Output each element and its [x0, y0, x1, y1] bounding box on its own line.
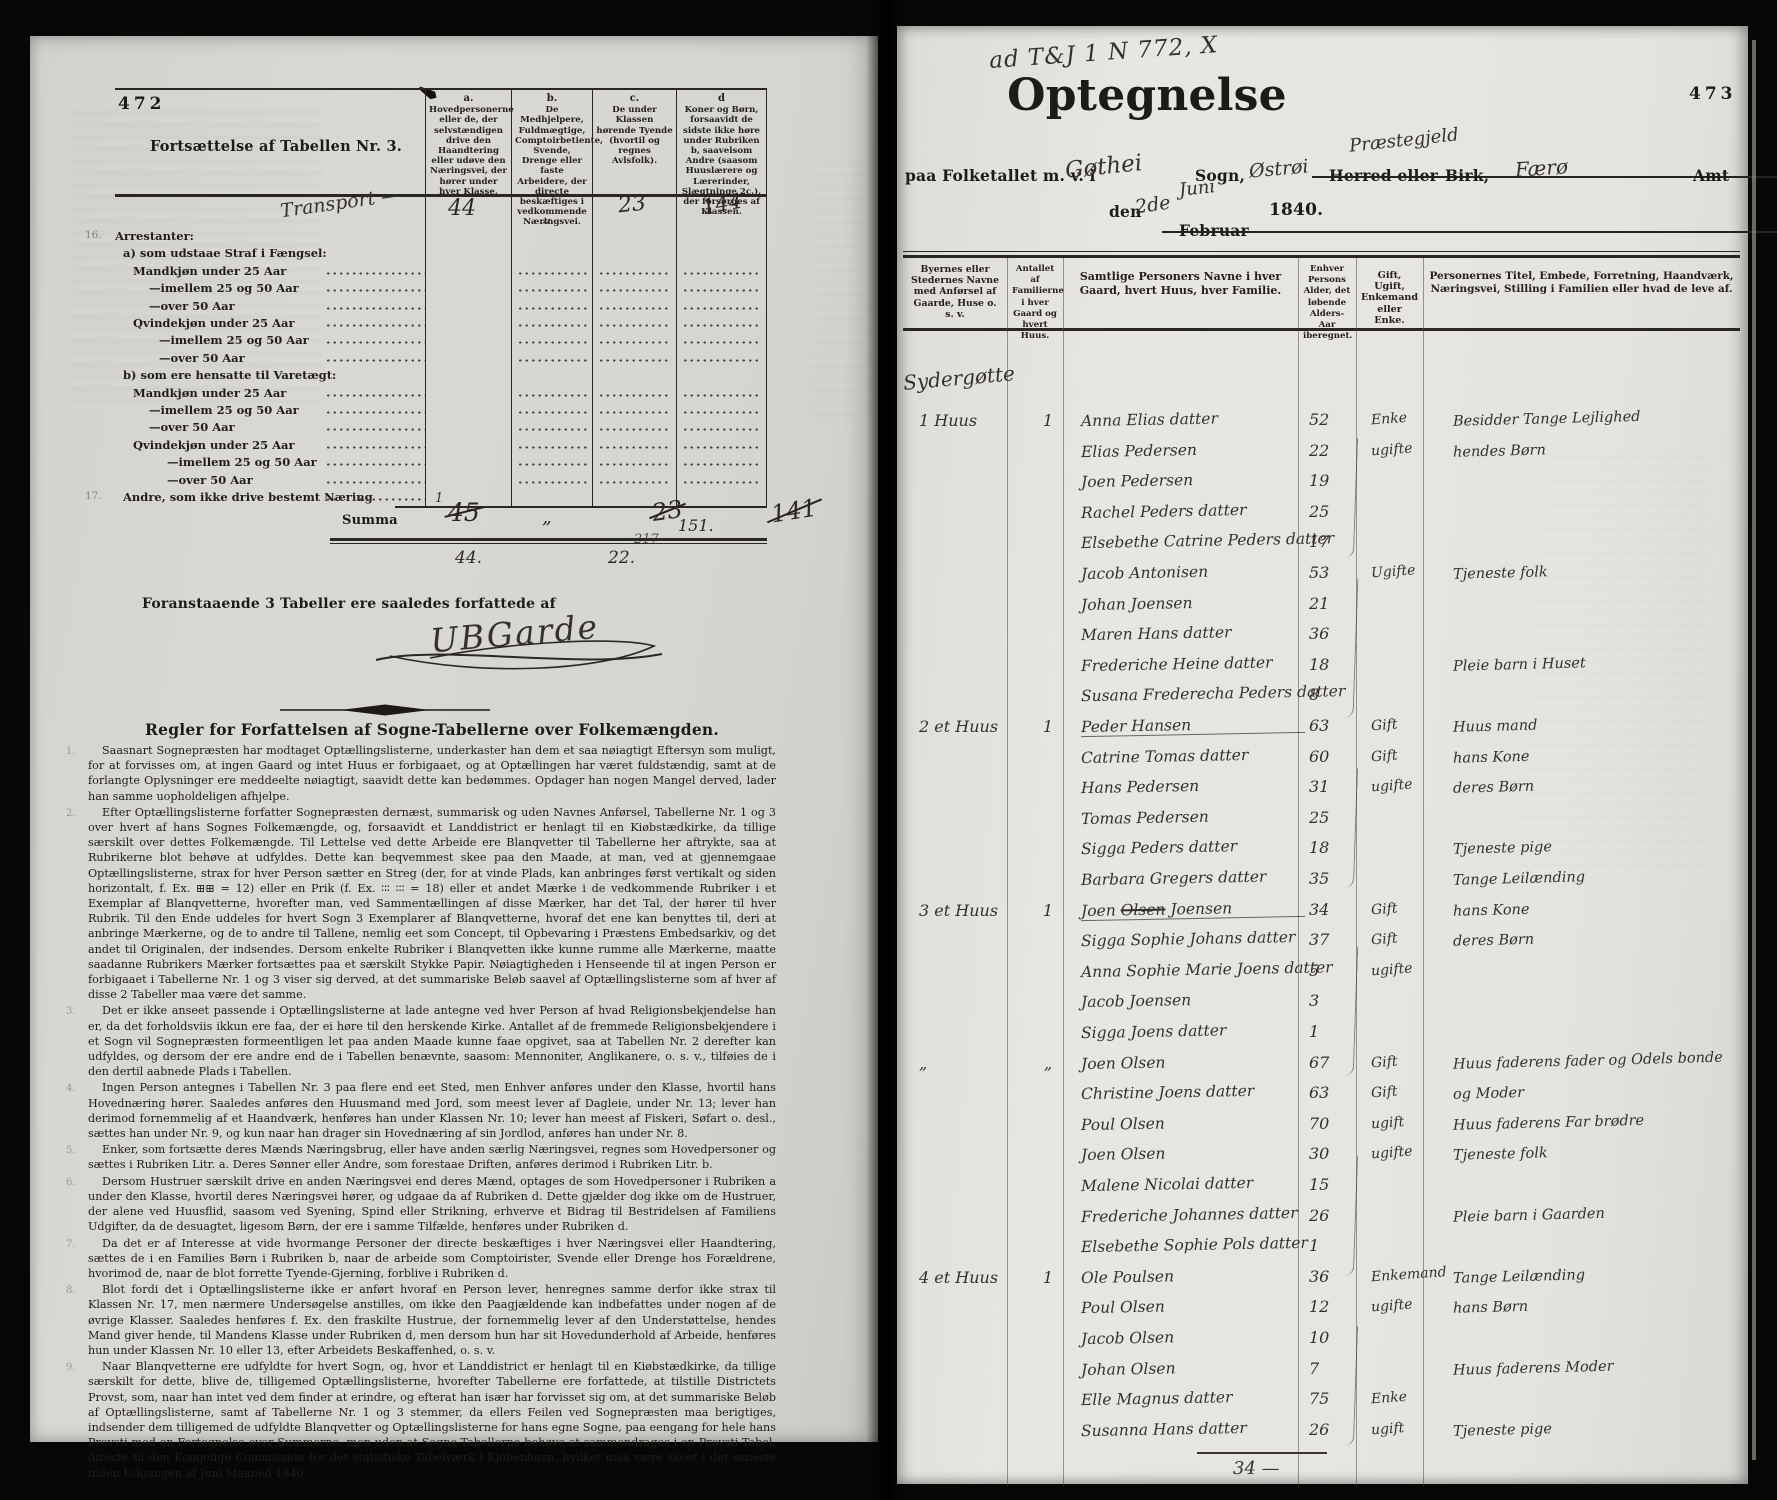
page-total: 34 —: [1233, 1458, 1280, 1479]
dotted-leader: [325, 289, 425, 292]
census-entry-row: Jacob Joensen 3: [905, 989, 1740, 1019]
row-label-text: over 50 Aar: [161, 420, 235, 434]
row-dash: —: [149, 420, 161, 434]
marital-status: Gift: [1371, 744, 1440, 765]
dotted-leader: [325, 481, 425, 484]
left-table-title: Fortsættelse af Tabellen Nr. 3.: [150, 138, 402, 155]
person-name-text: Elsebethe Catrine Peders datter: [1081, 530, 1334, 553]
rule-text: Naar Blanqvetterne ere udfyldte for hver…: [88, 1360, 776, 1479]
census-entry-row: 1 Huus 1 Anna Elias datter 52 Enke Besid…: [905, 408, 1740, 438]
dotted-leader: [325, 446, 425, 449]
cell-dots-b: [517, 428, 589, 431]
table-row: Mandkjøn under 25 Aar: [115, 263, 767, 281]
row-label-text: imellem 25 og 50 Aar: [179, 455, 317, 469]
margin-number: 17.: [85, 490, 102, 502]
person-name-text: Sigga Sophie Johans datter: [1081, 928, 1296, 950]
header-places: Byernes eller Stedernes Navne med Anførs…: [903, 260, 1007, 324]
cell-dots-d: [682, 463, 760, 466]
occupation-note: [1453, 467, 1741, 475]
census-entry-row: „ „ Joen Olsen 67 Gift Huus faderens fad…: [905, 1051, 1740, 1081]
person-name-text: Susanna Hans datter: [1081, 1419, 1247, 1440]
marital-status: Gift: [1371, 928, 1440, 949]
family-count: „: [1033, 1054, 1063, 1073]
row-label: —over 50 Aar: [115, 420, 235, 434]
rule-paragraph: 6. Dersom Hustruer særskilt drive en and…: [88, 1174, 776, 1235]
signature-flourish: [370, 632, 670, 678]
header-age: Enhver Persons Alder, det løbende Alders…: [1298, 260, 1356, 346]
person-name: Joen Olsen: [1081, 1050, 1305, 1072]
person-age: 52: [1309, 410, 1357, 429]
cell-dots-c: [598, 324, 670, 327]
column-header-b: b. De Medhjelpere, Fuldmægtige, Comptoir…: [512, 92, 592, 230]
person-name: Jacob Antonisen: [1081, 561, 1305, 583]
row-label-text: over 50 Aar: [171, 351, 245, 365]
cell-dots-c: [598, 411, 670, 414]
row-label-text: Arrestanter:: [115, 229, 194, 243]
person-name-text: Johan Olsen: [1081, 1359, 1176, 1379]
cell-dots-c: [598, 307, 670, 310]
scanned-document: 472 Fortsættelse af Tabellen Nr. 3. a. H…: [0, 0, 1777, 1500]
census-entry-row: Susanna Hans datter 26 ugift Tjeneste pi…: [905, 1418, 1740, 1448]
occupation-note: Tjeneste folk: [1453, 559, 1741, 583]
row-label-text: Andre, som ikke drive bestemt Næring: [123, 490, 373, 504]
occupation-note: [1453, 957, 1741, 965]
dotted-leader: [325, 394, 425, 397]
census-entry-row: Poul Olsen 12 ugifte hans Børn: [905, 1295, 1740, 1325]
marital-status: [1371, 499, 1439, 504]
census-entry-row: Sigga Peders datter 18 Tjeneste pige: [905, 836, 1740, 866]
rule-text: Det er ikke anseet passende i Optællings…: [88, 1004, 776, 1078]
cell-dots-b: [517, 324, 589, 327]
occupation-note: [1453, 498, 1741, 506]
rule-text: Da det er af Interesse at vide hvormange…: [88, 1237, 776, 1280]
archival-annotation: ad T&J 1 N 772, X: [988, 32, 1219, 74]
row-label-text: imellem 25 og 50 Aar: [161, 281, 299, 295]
person-name: Elle Magnus datter: [1081, 1387, 1305, 1409]
header-names: Samtlige Personers Navne i hver Gaard, h…: [1063, 266, 1298, 302]
house-label: „: [919, 1054, 927, 1073]
marital-status: [1371, 989, 1439, 994]
praestegjeld-handwritten: Præstegjeld: [1348, 124, 1459, 156]
occupation-note: hans Kone: [1453, 743, 1741, 767]
rule-number: 5.: [66, 1143, 76, 1158]
header-rule-top1: [903, 251, 1740, 252]
person-name-text: Elsebethe Sophie Pols datter: [1081, 1234, 1308, 1256]
occupation-note: [1453, 1324, 1741, 1332]
right-page: ad T&J 1 N 772, X 473 Optegnelse paa Fol…: [897, 26, 1748, 1484]
section-divider: [280, 704, 490, 716]
house-label: 3 et Huus: [919, 901, 998, 920]
cell-dots-b: [517, 411, 589, 414]
occupation-note: [1453, 1018, 1741, 1026]
rule-text: Saasnart Sognepræsten har modtaget Optæl…: [88, 744, 776, 803]
document-title: Optegnelse: [997, 70, 1297, 121]
header-rule-top2: [903, 255, 1740, 258]
person-name: Elias Pedersen: [1081, 438, 1305, 460]
cell-dots-d: [682, 394, 760, 397]
cell-dots-b: [517, 481, 589, 484]
census-entry-row: Malene Nicolai datter 15: [905, 1173, 1740, 1203]
person-name-text: Joen Pedersen: [1081, 471, 1193, 491]
census-entry-row: Jacob Olsen 10: [905, 1326, 1740, 1356]
family-count: 1: [1033, 717, 1063, 736]
census-entry-row: Barbara Gregers datter 35 Tange Leilændi…: [905, 867, 1740, 897]
dotted-leader: [325, 463, 425, 466]
census-entry-row: Christine Joens datter 63 Gift og Moder: [905, 1081, 1740, 1111]
row-label: —over 50 Aar: [115, 299, 235, 313]
cell-dots-b: [517, 394, 589, 397]
rule-paragraph: 2. Efter Optællingslisterne forfatter So…: [88, 805, 776, 1003]
person-age: 63: [1309, 1083, 1357, 1102]
census-entry-row: Elsebethe Sophie Pols datter 1: [905, 1234, 1740, 1264]
person-name: Sigga Sophie Johans datter: [1081, 928, 1305, 950]
table-border-top: [115, 88, 767, 90]
left-page: 472 Fortsættelse af Tabellen Nr. 3. a. H…: [30, 36, 878, 1442]
column-letter: d: [680, 94, 763, 104]
row-dash: —: [149, 299, 161, 313]
person-age: 63: [1309, 716, 1357, 735]
transport-value-b: „: [542, 204, 552, 226]
summa-label: Summa: [342, 513, 398, 528]
census-entry-row: Elsebethe Catrine Peders datter 17: [905, 530, 1740, 560]
occupation-note: Pleie barn i Huset: [1453, 651, 1741, 675]
person-name-text: Ole Poulsen: [1081, 1267, 1174, 1287]
marital-status: [1371, 1234, 1439, 1239]
date-month-struck: Februar: [1179, 221, 1777, 240]
row-label-text: Qvindekjøn under 25 Aar: [133, 438, 295, 452]
row-label: Arrestanter:: [115, 229, 194, 243]
rule-number: 4.: [66, 1081, 76, 1096]
census-entry-row: Hans Pedersen 31 ugifte deres Børn: [905, 775, 1740, 805]
census-entry-row: Joen Olsen 30 ugifte Tjeneste folk: [905, 1142, 1740, 1172]
right-page-number: 473: [1689, 84, 1737, 104]
occupation-note: Tange Leilænding: [1453, 1263, 1741, 1287]
cell-dots-c: [598, 359, 670, 362]
row-label: Mandkjøn under 25 Aar: [115, 264, 286, 278]
marital-status: ugifte: [1371, 1142, 1440, 1163]
marital-status: [1371, 1356, 1439, 1361]
person-name-text: Frederiche Johannes datter: [1081, 1204, 1298, 1226]
person-name-text: Joen: [1081, 901, 1121, 920]
column-text: Hovedpersonerne eller de, der selvstændi…: [429, 105, 514, 197]
marital-status: Gift: [1371, 714, 1440, 735]
total-rule: [1197, 1452, 1327, 1454]
person-name-text: Sigga Peders datter: [1081, 838, 1237, 859]
marital-status: ugift: [1371, 1111, 1440, 1132]
column-letter: b.: [515, 94, 589, 104]
marital-status: [1371, 530, 1439, 535]
column-letter: c.: [596, 94, 673, 104]
table-row: —over 50 Aar: [115, 419, 767, 437]
occupation-note: [1453, 1385, 1741, 1393]
census-entry-row: Jacob Antonisen 53 Ugifte Tjeneste folk: [905, 561, 1740, 591]
row-label-text: Qvindekjøn under 25 Aar: [133, 316, 295, 330]
marital-status: Gift: [1371, 1081, 1440, 1102]
person-name: Anna Elias datter: [1081, 408, 1305, 430]
rule-paragraph: 7. Da det er af Interesse at vide hvorma…: [88, 1236, 776, 1282]
rules-paragraphs: 1. Saasnart Sognepræsten har modtaget Op…: [88, 743, 776, 1482]
occupation-note: hans Kone: [1453, 896, 1741, 920]
header-occupation: Personernes Titel, Embede, Forretning, H…: [1423, 266, 1740, 300]
census-entry-row: Sigga Sophie Johans datter 37 Gift deres…: [905, 928, 1740, 958]
person-name: Barbara Gregers datter: [1081, 867, 1305, 889]
occupation-note: deres Børn: [1453, 926, 1741, 950]
occupation-note: Pleie barn i Gaarden: [1453, 1202, 1741, 1226]
marital-status: ugifte: [1371, 1295, 1440, 1316]
column-header-c: c. De under Klassen hørende Tyende (hvor…: [593, 92, 676, 168]
row-dash: —: [167, 473, 179, 487]
rule-text: Enker, som fortsætte deres Mænds Nærings…: [88, 1143, 776, 1171]
column-header-a: a. Hovedpersonerne eller de, der selvstæ…: [426, 92, 511, 199]
dotted-leader: [325, 272, 425, 275]
table-row: Qvindekjøn under 25 Aar: [115, 437, 767, 455]
cell-dots-d: [682, 411, 760, 414]
column-text: De Medhjelpere, Fuldmægtige, Comptoirbet…: [515, 105, 603, 227]
table-row: Qvindekjøn under 25 Aar: [115, 315, 767, 333]
cell-dots-b: [517, 272, 589, 275]
bleed-through-text: [810, 156, 870, 416]
dotted-leader: [325, 324, 425, 327]
dotted-leader: [325, 307, 425, 310]
cell-dots-b: [517, 341, 589, 344]
row-dash: —: [159, 333, 171, 347]
date-day-handwritten: 2de: [1134, 192, 1172, 219]
occupation-note: og Moder: [1453, 1079, 1741, 1103]
marital-status: [1371, 836, 1439, 841]
person-name-text: Peder Hansen: [1081, 716, 1192, 736]
census-entry-row: Poul Olsen 70 ugift Huus faderens Far br…: [905, 1112, 1740, 1142]
row-label-text: imellem 25 og 50 Aar: [161, 403, 299, 417]
cell-dots-d: [682, 446, 760, 449]
page-edge-highlight: [1752, 40, 1756, 1460]
person-name-text: Anna Sophie Marie Joens datter: [1081, 958, 1333, 981]
rule-text: Ingen Person antegnes i Tabellen Nr. 3 p…: [88, 1081, 776, 1140]
marital-status: [1371, 867, 1439, 872]
marital-status: ugifte: [1371, 775, 1440, 796]
occupation-note: Huus mand: [1453, 712, 1741, 736]
cell-dots-d: [682, 307, 760, 310]
cell-dots-b: [517, 446, 589, 449]
rule-number: 8.: [66, 1283, 76, 1298]
table-row: b) som ere hensatte til Varetægt:: [115, 367, 767, 385]
person-name: Sigga Peders datter: [1081, 836, 1305, 858]
rule-number: 2.: [66, 806, 76, 821]
row-label: a) som udstaae Straf i Fængsel:: [115, 246, 327, 260]
marital-status: ugifte: [1371, 958, 1440, 979]
table-row: —over 50 Aar: [115, 298, 767, 316]
table-row: —imellem 25 og 50 Aar: [115, 454, 767, 472]
occupation-note: [1453, 988, 1741, 996]
left-table-rows: 16. Arrestanter: a) som udstaae Straf i …: [115, 228, 767, 508]
person-name-text: Sigga Joens datter: [1081, 1021, 1227, 1042]
occupation-note: Tjeneste pige: [1453, 835, 1741, 859]
census-entry-row: Frederiche Johannes datter 26 Pleie barn…: [905, 1204, 1740, 1234]
date-year: 1840.: [1269, 200, 1323, 220]
census-entry-row: Johan Olsen 7 Huus faderens Moder: [905, 1357, 1740, 1387]
rule-text: Blot fordi det i Optællingslisterne ikke…: [88, 1283, 776, 1357]
cell-dots-d: [682, 428, 760, 431]
rule-text: Dersom Hustruer særskilt drive en anden …: [88, 1175, 776, 1234]
margin-number: 16.: [85, 229, 102, 241]
person-name-text: Poul Olsen: [1081, 1298, 1165, 1318]
row-label-text: over 50 Aar: [179, 473, 253, 487]
cell-dots-d: [682, 272, 760, 275]
table-border-bottom: [330, 538, 767, 541]
census-entry-row: Susana Frederecha Peders datter 8: [905, 683, 1740, 713]
occupation-note: [1453, 590, 1741, 598]
occupation-note: [1453, 1232, 1741, 1240]
rule-paragraph: 9. Naar Blanqvetterne ere udfyldte for h…: [88, 1359, 776, 1481]
row-label-text: b) som ere hensatte til Varetægt:: [123, 368, 336, 382]
occupation-note: deres Børn: [1453, 773, 1741, 797]
row-label: Andre, som ikke drive bestemt Næring: [115, 490, 373, 504]
row-dash: —: [149, 281, 161, 295]
person-name-text: Susana Frederecha Peders datter: [1081, 682, 1346, 705]
cell-dots-d: [682, 341, 760, 344]
person-name-struck: Olsen: [1120, 900, 1165, 919]
person-name: Johan Olsen: [1081, 1356, 1305, 1378]
row-dash: —: [167, 455, 179, 469]
marital-status: [1371, 805, 1439, 810]
occupation-note: [1453, 1171, 1741, 1179]
census-entry-row: Anna Sophie Marie Joens datter 5 ugifte: [905, 959, 1740, 989]
person-name-text: Malene Nicolai datter: [1081, 1174, 1253, 1195]
rule-number: 9.: [66, 1360, 76, 1375]
table-row: Mandkjøn under 25 Aar: [115, 385, 767, 403]
person-name: Tomas Pedersen: [1081, 806, 1305, 828]
cell-dots-d: [682, 289, 760, 292]
dotted-leader: [325, 428, 425, 431]
person-name: Malene Nicolai datter: [1081, 1173, 1305, 1195]
row-label: —over 50 Aar: [115, 351, 245, 365]
row-label: b) som ere hensatte til Varetægt:: [115, 368, 336, 382]
person-name: Elsebethe Sophie Pols datter: [1081, 1234, 1305, 1256]
marital-status: [1371, 1173, 1439, 1178]
table-row: —imellem 25 og 50 Aar: [115, 280, 767, 298]
census-entry-row: Rachel Peders datter 25: [905, 500, 1740, 530]
marital-status: Gift: [1371, 897, 1440, 918]
census-entry-row: Maren Hans datter 36: [905, 622, 1740, 652]
person-name: Poul Olsen: [1081, 1112, 1305, 1134]
rule-paragraph: 3. Det er ikke anseet passende i Optælli…: [88, 1003, 776, 1079]
marital-status: Enke: [1371, 1387, 1440, 1408]
house-label: 1 Huus: [919, 411, 977, 430]
person-name: Hans Pedersen: [1081, 775, 1305, 797]
census-entry-row: 4 et Huus 1 Ole Poulsen 36 Enkemand Tang…: [905, 1265, 1740, 1295]
rule-number: 6.: [66, 1175, 76, 1190]
district-name-handwritten: Østrøi: [1248, 155, 1309, 182]
rule-paragraph: 1. Saasnart Sognepræsten har modtaget Op…: [88, 743, 776, 804]
census-entries: 1 Huus 1 Anna Elias datter 52 Enke Besid…: [905, 408, 1740, 1468]
row-label: —imellem 25 og 50 Aar: [115, 455, 317, 469]
marital-status: [1371, 652, 1439, 657]
person-name-text: Maren Hans datter: [1081, 623, 1232, 644]
occupation-note: hans Børn: [1453, 1294, 1741, 1318]
person-name-text: Jacob Joensen: [1081, 991, 1191, 1011]
family-count: 1: [1033, 411, 1063, 430]
transport-value-a: 44: [448, 196, 476, 221]
summa-correction-mark: 1: [435, 491, 443, 506]
row-label: —imellem 25 og 50 Aar: [115, 281, 299, 295]
census-entry-row: Johan Joensen 21: [905, 592, 1740, 622]
transport-label: Transport —: [279, 184, 401, 223]
marital-status: Enke: [1371, 408, 1440, 429]
person-name-text: Tomas Pedersen: [1081, 807, 1209, 827]
row-label-text: Mandkjøn under 25 Aar: [133, 386, 286, 400]
person-name-text: Hans Pedersen: [1081, 777, 1199, 797]
table-row: —imellem 25 og 50 Aar: [115, 402, 767, 420]
marital-status: ugift: [1371, 1417, 1440, 1438]
row-label: Mandkjøn under 25 Aar: [115, 386, 286, 400]
person-name: Catrine Tomas datter: [1081, 744, 1305, 766]
subtitle-amt: Amt: [1693, 166, 1729, 185]
rule-paragraph: 5. Enker, som fortsætte deres Mænds Næri…: [88, 1142, 776, 1172]
row-label-text: Mandkjøn under 25 Aar: [133, 264, 286, 278]
person-name-text: Elle Magnus datter: [1081, 1388, 1233, 1409]
person-name: Johan Joensen: [1081, 591, 1305, 613]
dotted-leader: [325, 341, 425, 344]
person-name: Ole Poulsen: [1081, 1265, 1305, 1287]
cell-dots-c: [598, 394, 670, 397]
cell-dots-d: [682, 359, 760, 362]
row-label: —imellem 25 og 50 Aar: [115, 403, 299, 417]
person-name: Elsebethe Catrine Peders datter: [1081, 530, 1305, 552]
marital-status: [1371, 1326, 1439, 1331]
amt-name-handwritten: Færø: [1514, 154, 1568, 182]
census-entry-row: 3 et Huus 1 Joen Olsen Joensen 34 Gift h…: [905, 898, 1740, 928]
person-name: Frederiche Heine datter: [1081, 653, 1305, 675]
occupation-note: [1453, 529, 1741, 537]
rule-paragraph: 8. Blot fordi det i Optællingslisterne i…: [88, 1282, 776, 1358]
occupation-note: [1453, 620, 1741, 628]
person-name: Frederiche Johannes datter: [1081, 1203, 1305, 1225]
occupation-note: Tange Leilænding: [1453, 865, 1741, 889]
corrected-total-a: 44.: [455, 548, 482, 568]
marital-status: ugifte: [1371, 438, 1440, 459]
row-label-text: a) som udstaae Straf i Fængsel:: [123, 246, 327, 260]
family-count: 1: [1033, 1268, 1063, 1287]
dotted-leader: [325, 498, 425, 501]
person-name-text: Poul Olsen: [1081, 1114, 1165, 1134]
table-row: —over 50 Aar: [115, 472, 767, 490]
person-name-text: Joen Olsen: [1081, 1053, 1166, 1073]
side-note: 217: [634, 532, 659, 547]
census-entry-row: Sigga Joens datter 1: [905, 1020, 1740, 1050]
person-name-text: Catrine Tomas datter: [1081, 746, 1249, 767]
parish-name-handwritten: Gøthei: [1064, 150, 1144, 184]
person-name-text2: Joensen: [1165, 899, 1232, 918]
row-label: —imellem 25 og 50 Aar: [115, 333, 309, 347]
person-name-text: Rachel Peders datter: [1081, 501, 1247, 522]
census-entry-row: Elias Pedersen 22 ugifte hendes Børn: [905, 439, 1740, 469]
row-label-text: over 50 Aar: [161, 299, 235, 313]
census-entry-row: Frederiche Heine datter 18 Pleie barn i …: [905, 653, 1740, 683]
dotted-leader: [325, 411, 425, 414]
cell-dots-c: [598, 481, 670, 484]
table-row: —imellem 25 og 50 Aar: [115, 332, 767, 350]
rule-number: 7.: [66, 1237, 76, 1252]
person-name-text: Christine Joens datter: [1081, 1082, 1255, 1103]
left-page-number: 472: [118, 94, 166, 114]
person-name: Maren Hans datter: [1081, 622, 1305, 644]
person-name-text: Frederiche Heine datter: [1081, 653, 1273, 675]
person-name: Poul Olsen: [1081, 1295, 1305, 1317]
marital-status: [1371, 591, 1439, 596]
occupation-note: [1453, 804, 1741, 812]
marital-status: [1371, 1020, 1439, 1025]
date-month-handwritten: Juni: [1178, 176, 1216, 201]
person-age: 12: [1309, 1297, 1357, 1316]
